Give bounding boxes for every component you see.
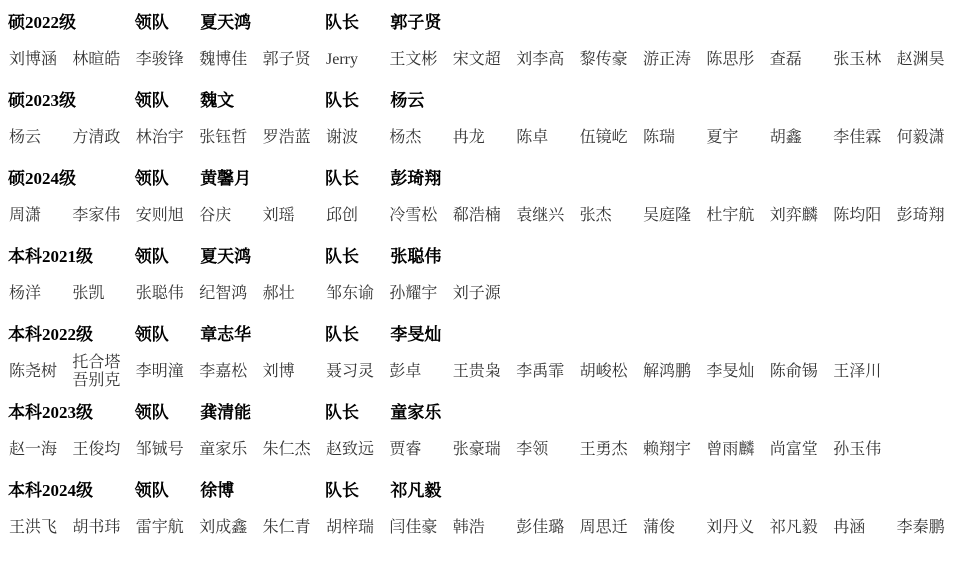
member-name: 彭佳璐 (511, 519, 574, 536)
group-section: 本科2021级 领队 夏天鸿 队长 张聪伟 杨洋 张凯 张聪伟 纪智鸿 郝壮 邹… (4, 235, 955, 313)
member-name: 陈均阳 (828, 207, 891, 224)
member-name: 李秦鹏 (892, 519, 955, 536)
member-name: 李骏锋 (131, 51, 194, 68)
roster-document: 硕2022级 领队 夏天鸿 队长 郭子贤 刘博涵 林暄皓 李骏锋 魏博佳 郭子贤… (0, 0, 959, 547)
member-name: 刘弈麟 (765, 207, 828, 224)
leader-name: 魏文 (194, 86, 321, 111)
member-name: 李明潼 (131, 363, 194, 380)
member-name: 刘子源 (448, 285, 511, 302)
member-name: 童家乐 (194, 441, 257, 458)
member-name: 蒲俊 (638, 519, 701, 536)
member-name: 郝壮 (258, 285, 321, 302)
captain-name: 张聪伟 (384, 242, 955, 267)
leader-name: 章志华 (194, 320, 321, 345)
member-name: 闫佳豪 (384, 519, 447, 536)
group-name: 本科2022级 (4, 320, 131, 345)
captain-label: 队长 (321, 164, 384, 189)
member-row: 王洪飞 胡书玮 雷宇航 刘成鑫 朱仁青 胡梓瑞 闫佳豪 韩浩 彭佳璐 周思迁 蒲… (4, 508, 955, 547)
member-name: 尚富堂 (765, 441, 828, 458)
member-name: 赵致远 (321, 441, 384, 458)
member-name: 曾雨麟 (701, 441, 764, 458)
member-name: 张杰 (575, 207, 638, 224)
leader-name: 夏天鸿 (194, 8, 321, 33)
member-name: 胡鑫 (765, 129, 828, 146)
member-name: 刘丹义 (701, 519, 764, 536)
member-name: 贾睿 (384, 441, 447, 458)
member-name: 孙玉伟 (828, 441, 891, 458)
member-name: 李家伟 (67, 207, 130, 224)
member-name: 纪智鸿 (194, 285, 257, 302)
member-name: 魏博佳 (194, 51, 257, 68)
member-name: 胡梓瑞 (321, 519, 384, 536)
member-name: 彭琦翔 (892, 207, 955, 224)
group-section: 硕2022级 领队 夏天鸿 队长 郭子贤 刘博涵 林暄皓 李骏锋 魏博佳 郭子贤… (4, 1, 955, 79)
member-name: 刘博 (258, 363, 321, 380)
member-name: 王洪飞 (4, 519, 67, 536)
member-name: 祁凡毅 (765, 519, 828, 536)
member-name: 谷庆 (194, 207, 257, 224)
captain-label: 队长 (321, 86, 384, 111)
group-header: 本科2023级 领队 龚清能 队长 童家乐 (4, 391, 955, 430)
member-name: 解鸿鹏 (638, 363, 701, 380)
member-row: 杨洋 张凯 张聪伟 纪智鸿 郝壮 邹东谕 孙耀宇 刘子源 (4, 274, 955, 313)
member-name: 刘李高 (511, 51, 574, 68)
member-name: 谢波 (321, 129, 384, 146)
member-name: 李嘉松 (194, 363, 257, 380)
leader-label: 领队 (131, 86, 194, 111)
captain-name: 李旻灿 (384, 320, 955, 345)
member-name: 郭子贤 (258, 51, 321, 68)
group-header: 硕2022级 领队 夏天鸿 队长 郭子贤 (4, 1, 955, 40)
member-name: 林治宇 (131, 129, 194, 146)
member-name: 冉涵 (828, 519, 891, 536)
member-name: 托合塔吾别克 (67, 354, 130, 389)
member-name: 王泽川 (828, 363, 891, 380)
leader-label: 领队 (131, 8, 194, 33)
leader-name: 黄馨月 (194, 164, 321, 189)
member-name: 陈尧树 (4, 363, 67, 380)
group-section: 本科2022级 领队 章志华 队长 李旻灿 陈尧树 托合塔吾别克 李明潼 李嘉松… (4, 313, 955, 391)
group-name: 硕2023级 (4, 86, 131, 111)
group-header: 本科2024级 领队 徐博 队长 祁凡毅 (4, 469, 955, 508)
group-name: 硕2022级 (4, 8, 131, 33)
captain-name: 祁凡毅 (384, 476, 955, 501)
member-name: 李佳霖 (828, 129, 891, 146)
member-name: 邱创 (321, 207, 384, 224)
member-name: 朱仁杰 (258, 441, 321, 458)
member-name: 胡峻松 (575, 363, 638, 380)
member-name: 罗浩蓝 (258, 129, 321, 146)
member-name: 李旻灿 (701, 363, 764, 380)
captain-name: 杨云 (384, 86, 955, 111)
member-name: Jerry (321, 51, 384, 68)
group-name: 硕2024级 (4, 164, 131, 189)
member-name: 方清政 (67, 129, 130, 146)
member-row: 刘博涵 林暄皓 李骏锋 魏博佳 郭子贤 Jerry 王文彬 宋文超 刘李高 黎传… (4, 40, 955, 79)
member-row: 周潇 李家伟 安则旭 谷庆 刘瑶 邱创 冷雪松 郗浩楠 袁继兴 张杰 吴庭隆 杜… (4, 196, 955, 235)
member-name: 刘博涵 (4, 51, 67, 68)
member-name: 赵一海 (4, 441, 67, 458)
group-section: 本科2024级 领队 徐博 队长 祁凡毅 王洪飞 胡书玮 雷宇航 刘成鑫 朱仁青… (4, 469, 955, 547)
member-name: 伍镜屹 (575, 129, 638, 146)
member-row: 杨云 方清政 林治宇 张钰哲 罗浩蓝 谢波 杨杰 冉龙 陈卓 伍镜屹 陈瑞 夏宇… (4, 118, 955, 157)
member-name: 杨杰 (384, 129, 447, 146)
member-name: 胡书玮 (67, 519, 130, 536)
member-name: 周思迁 (575, 519, 638, 536)
member-name: 刘瑶 (258, 207, 321, 224)
member-name: 朱仁青 (258, 519, 321, 536)
member-name: 张凯 (67, 285, 130, 302)
group-section: 硕2024级 领队 黄馨月 队长 彭琦翔 周潇 李家伟 安则旭 谷庆 刘瑶 邱创… (4, 157, 955, 235)
group-header: 硕2023级 领队 魏文 队长 杨云 (4, 79, 955, 118)
group-name: 本科2021级 (4, 242, 131, 267)
group-section: 硕2023级 领队 魏文 队长 杨云 杨云 方清政 林治宇 张钰哲 罗浩蓝 谢波… (4, 79, 955, 157)
member-name: 游正涛 (638, 51, 701, 68)
captain-label: 队长 (321, 398, 384, 423)
captain-label: 队长 (321, 242, 384, 267)
member-name: 邹东谕 (321, 285, 384, 302)
member-row: 陈尧树 托合塔吾别克 李明潼 李嘉松 刘博 聂习灵 彭卓 王贵枭 李禹霏 胡峻松… (4, 352, 955, 391)
member-name: 孙耀宇 (384, 285, 447, 302)
member-name: 张玉林 (828, 51, 891, 68)
member-name: 彭卓 (384, 363, 447, 380)
member-name: 刘成鑫 (194, 519, 257, 536)
member-name: 吴庭隆 (638, 207, 701, 224)
member-name: 冉龙 (448, 129, 511, 146)
member-name: 安则旭 (131, 207, 194, 224)
group-header: 本科2021级 领队 夏天鸿 队长 张聪伟 (4, 235, 955, 274)
member-row: 赵一海 王俊均 邹铖号 童家乐 朱仁杰 赵致远 贾睿 张豪瑞 李领 王勇杰 赖翔… (4, 430, 955, 469)
group-header: 本科2022级 领队 章志华 队长 李旻灿 (4, 313, 955, 352)
leader-label: 领队 (131, 320, 194, 345)
member-name: 王贵枭 (448, 363, 511, 380)
member-name: 韩浩 (448, 519, 511, 536)
member-name: 周潇 (4, 207, 67, 224)
captain-name: 彭琦翔 (384, 164, 955, 189)
group-name: 本科2023级 (4, 398, 131, 423)
leader-name: 龚清能 (194, 398, 321, 423)
member-name: 林暄皓 (67, 51, 130, 68)
captain-label: 队长 (321, 320, 384, 345)
captain-name: 郭子贤 (384, 8, 955, 33)
member-name: 袁继兴 (511, 207, 574, 224)
member-name: 何毅潇 (892, 129, 955, 146)
leader-label: 领队 (131, 398, 194, 423)
leader-name: 夏天鸿 (194, 242, 321, 267)
member-name: 杨洋 (4, 285, 67, 302)
group-section: 本科2023级 领队 龚清能 队长 童家乐 赵一海 王俊均 邹铖号 童家乐 朱仁… (4, 391, 955, 469)
member-name: 王俊均 (67, 441, 130, 458)
member-name: 赖翔宇 (638, 441, 701, 458)
member-name: 张钰哲 (194, 129, 257, 146)
leader-name: 徐博 (194, 476, 321, 501)
member-name: 张豪瑞 (448, 441, 511, 458)
member-name: 王文彬 (384, 51, 447, 68)
member-name: 陈瑞 (638, 129, 701, 146)
member-name: 王勇杰 (575, 441, 638, 458)
member-name: 陈思彤 (701, 51, 764, 68)
member-name: 聂习灵 (321, 363, 384, 380)
member-name: 李禹霏 (511, 363, 574, 380)
member-name: 陈卓 (511, 129, 574, 146)
member-name: 查磊 (765, 51, 828, 68)
member-name: 冷雪松 (384, 207, 447, 224)
group-name: 本科2024级 (4, 476, 131, 501)
member-name: 郗浩楠 (448, 207, 511, 224)
member-name: 黎传豪 (575, 51, 638, 68)
member-name: 雷宇航 (131, 519, 194, 536)
member-name: 陈俞锡 (765, 363, 828, 380)
member-name: 邹铖号 (131, 441, 194, 458)
leader-label: 领队 (131, 164, 194, 189)
member-name: 杜宇航 (701, 207, 764, 224)
member-name: 赵渊昊 (892, 51, 955, 68)
member-name: 李领 (511, 441, 574, 458)
captain-name: 童家乐 (384, 398, 955, 423)
member-name: 张聪伟 (131, 285, 194, 302)
member-name: 杨云 (4, 129, 67, 146)
member-name: 夏宇 (701, 129, 764, 146)
captain-label: 队长 (321, 476, 384, 501)
captain-label: 队长 (321, 8, 384, 33)
leader-label: 领队 (131, 476, 194, 501)
leader-label: 领队 (131, 242, 194, 267)
group-header: 硕2024级 领队 黄馨月 队长 彭琦翔 (4, 157, 955, 196)
member-name: 宋文超 (448, 51, 511, 68)
